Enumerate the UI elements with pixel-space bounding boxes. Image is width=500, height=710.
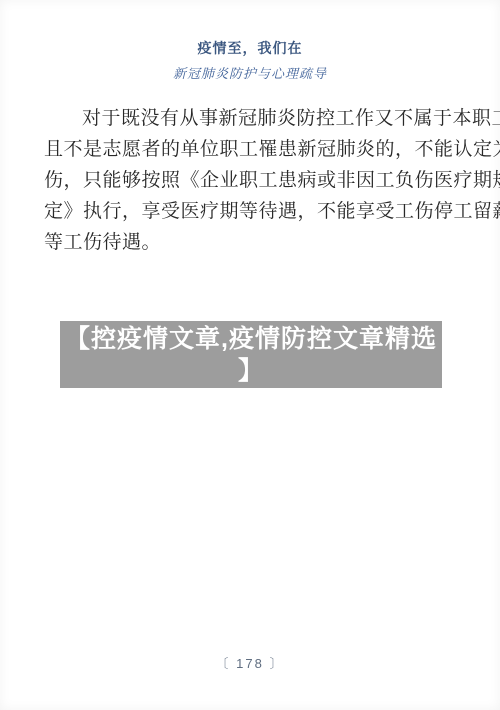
document-page: 疫情至，我们在 新冠肺炎防护与心理疏导 对于既没有从事新冠肺炎防控工作又不属于本…: [0, 0, 500, 710]
page-header: 疫情至，我们在 新冠肺炎防护与心理疏导: [0, 38, 500, 82]
paragraph-line: 等工伤待遇。: [44, 227, 458, 258]
paragraph-line: 定》执行，享受医疗期等待遇，不能享受工伤停工留薪期: [44, 196, 458, 227]
paragraph-line: 伤，只能够按照《企业职工患病或非因工负伤医疗期规: [44, 165, 458, 196]
page-footer: 〔 178 〕: [0, 653, 500, 672]
article-paragraph: 对于既没有从事新冠肺炎防控工作又不属于本职工作 且不是志愿者的单位职工罹患新冠肺…: [44, 103, 458, 258]
book-title: 疫情至，我们在: [0, 38, 500, 58]
section-title-banner: 【控疫情文章,疫情防控文章精选 】: [60, 321, 442, 388]
paragraph-line: 且不是志愿者的单位职工罹患新冠肺炎的，不能认定为工: [44, 134, 458, 165]
book-subtitle: 新冠肺炎防护与心理疏导: [0, 63, 500, 82]
section-title-line: 】: [60, 355, 442, 387]
section-title-line: 【控疫情文章,疫情防控文章精选: [60, 323, 442, 355]
paragraph-line: 对于既没有从事新冠肺炎防控工作又不属于本职工作: [44, 103, 458, 134]
page-number: 〔 178 〕: [216, 656, 285, 671]
